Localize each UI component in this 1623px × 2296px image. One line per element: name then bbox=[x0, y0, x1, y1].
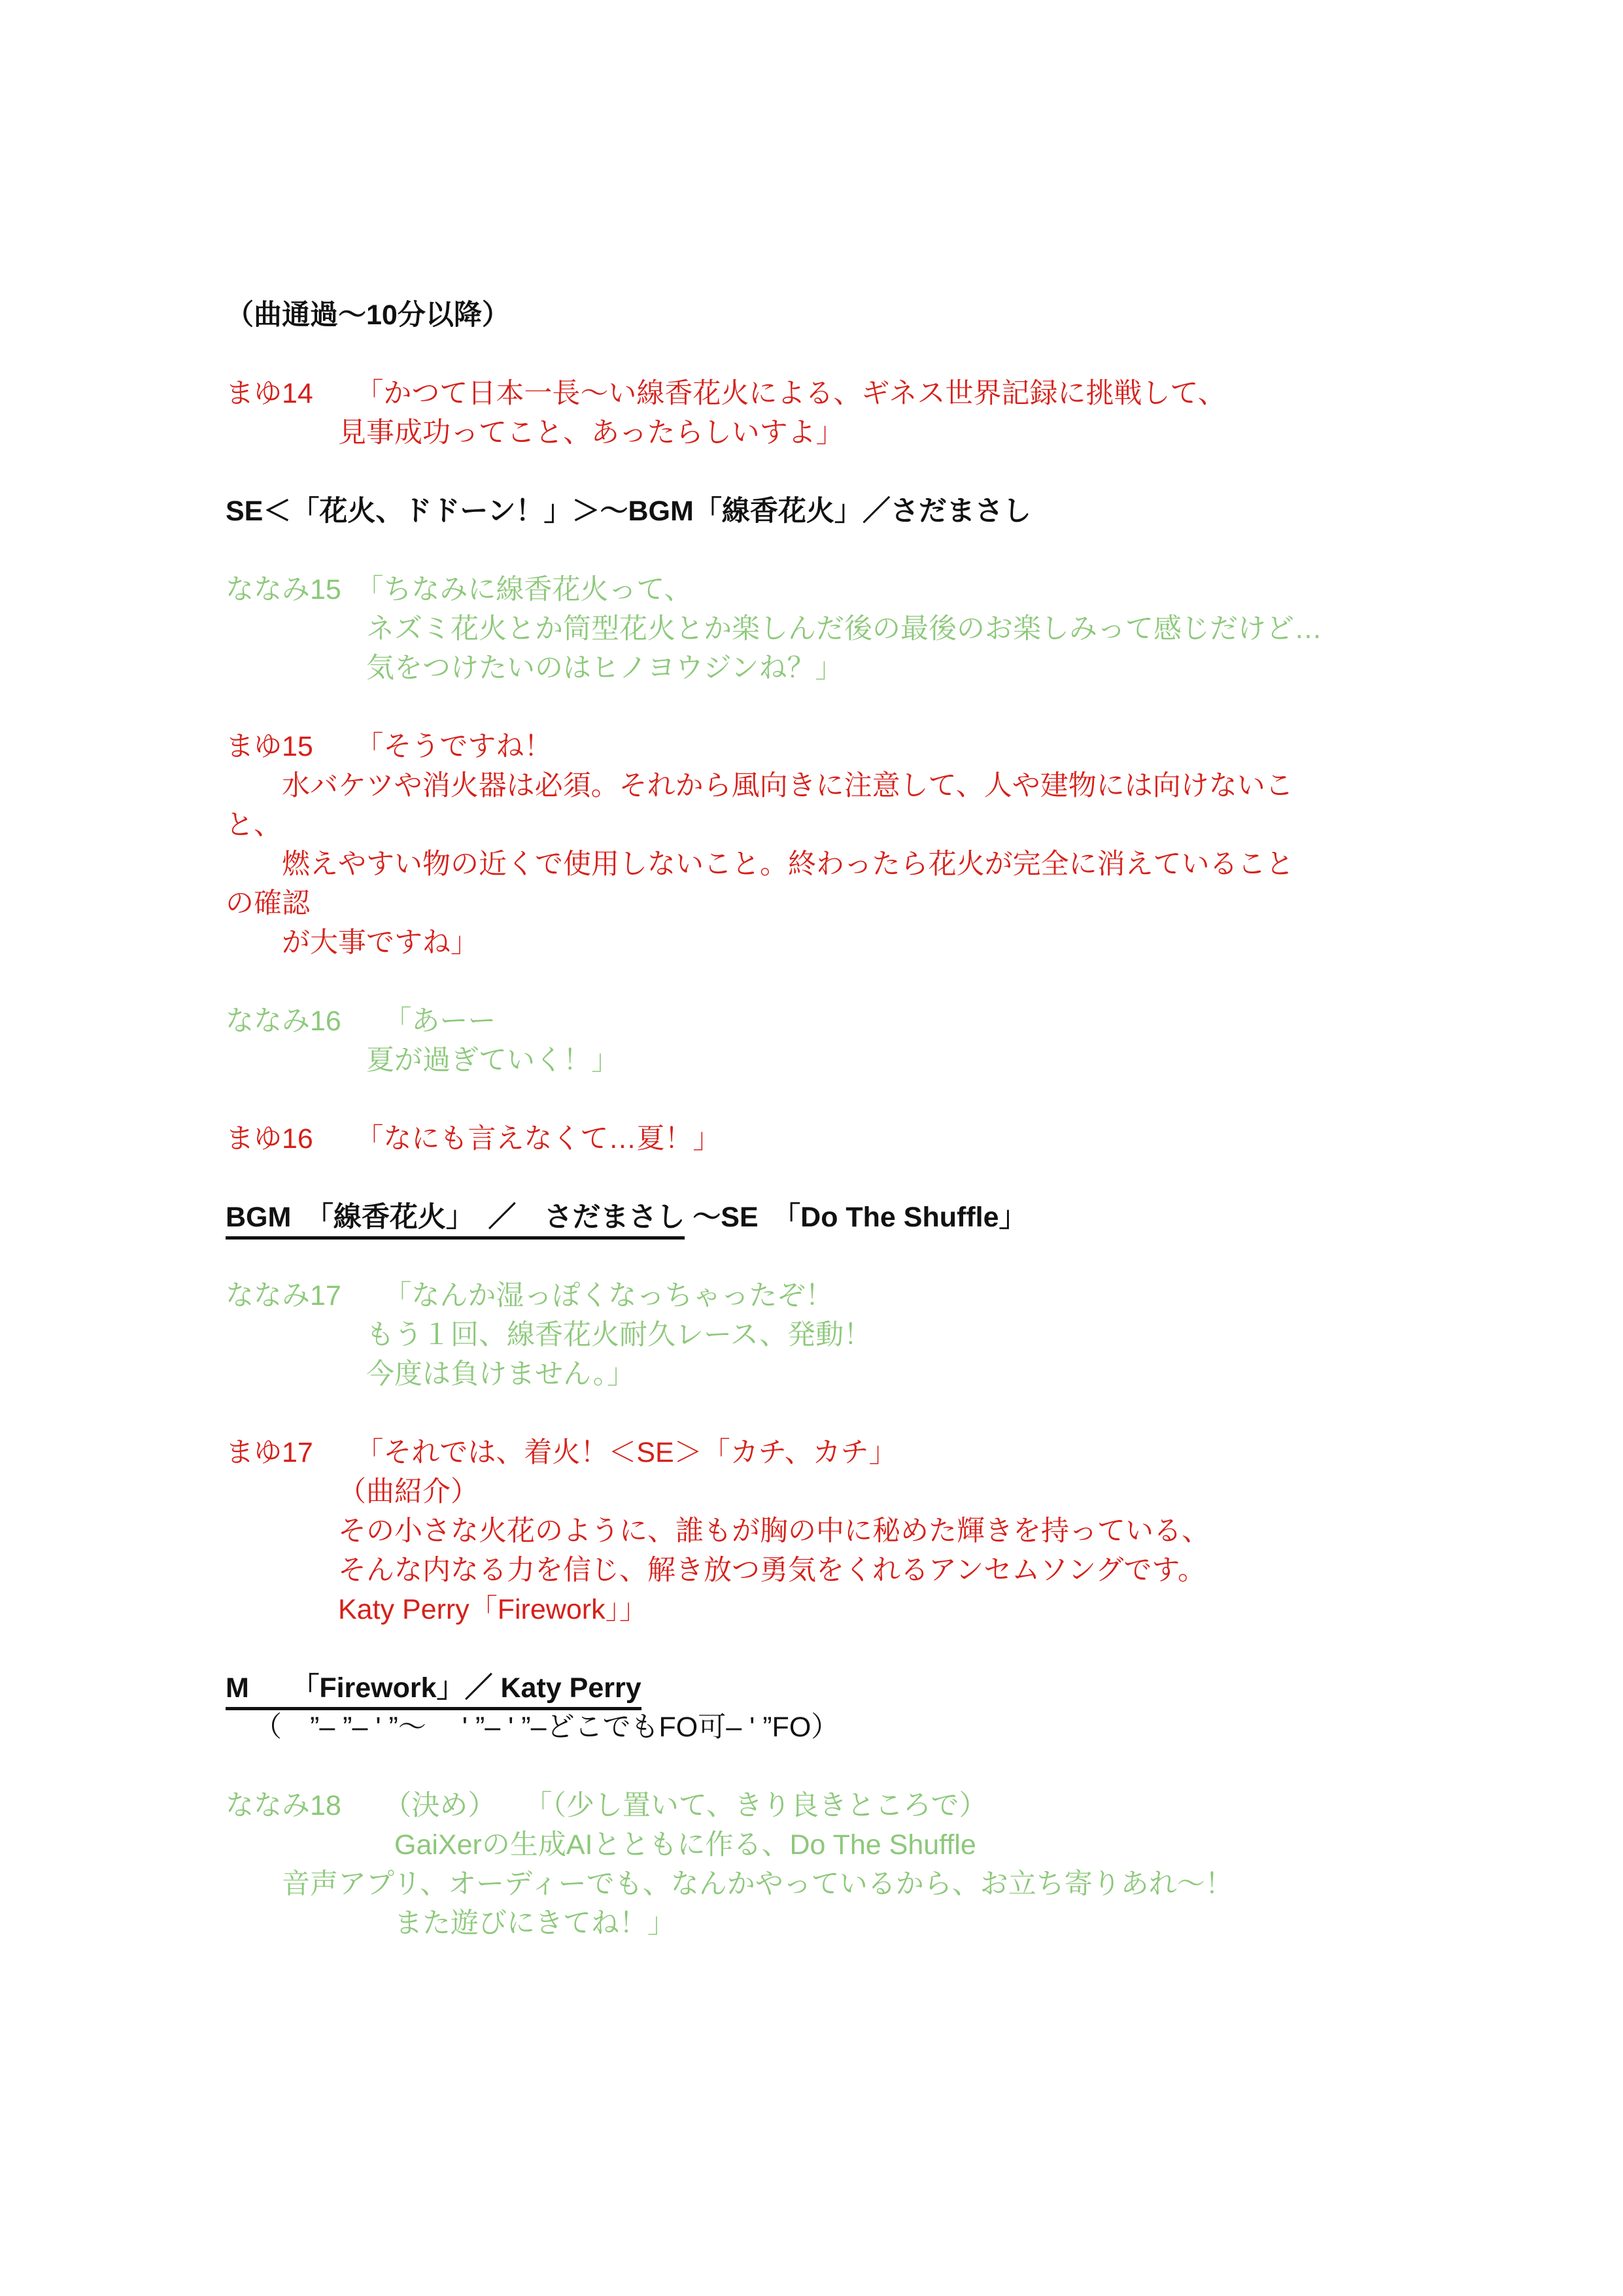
text-run: また遊びにきてね！」 bbox=[394, 1908, 675, 1939]
script-line: 音声アプリ、オーディーでも、なんかやっているから、お立ち寄りあれ〜！ bbox=[282, 1865, 1597, 1904]
script-line: ななみ15 「ちなみに線香花火って、 bbox=[226, 570, 1597, 609]
script-page: （曲通過〜10分以降）まゆ14 「かつて日本一長〜い線香花火による、ギネス世界記… bbox=[0, 0, 1623, 2296]
script-document: （曲通過〜10分以降）まゆ14 「かつて日本一長〜い線香花火による、ギネス世界記… bbox=[226, 295, 1597, 1943]
script-line: SE＜「花火、ドドーン！」＞〜BGM「線香花火」／さだまさし bbox=[226, 492, 1597, 531]
script-line: まゆ17 「それでは、着火！＜SE＞「カチ、カチ」 bbox=[226, 1433, 1597, 1472]
script-line: まゆ16 「なにも言えなくて…夏！」 bbox=[226, 1119, 1597, 1158]
text-run: （ ”– ”– ' ”〜 ' ”– ' ”–どこでもFO可– ' ”FO） bbox=[254, 1712, 839, 1743]
script-line: ななみ16 「あーー bbox=[226, 1002, 1597, 1041]
block-mayu-15: まゆ15 「そうですね！水バケツや消火器は必須。それから風向きに注意して、人や建… bbox=[226, 727, 1597, 962]
text-run: ネズミ花火とか筒型花火とか楽しんだ後の最後のお楽しみって感じだけど… bbox=[366, 613, 1322, 645]
script-line: その小さな火花のように、誰もが胸の中に秘めた輝きを持っている、 bbox=[338, 1511, 1597, 1551]
text-run: が大事ですね」 bbox=[282, 927, 479, 958]
block-nanami-15: ななみ15 「ちなみに線香花火って、ネズミ花火とか筒型花火とか楽しんだ後の最後の… bbox=[226, 570, 1597, 688]
text-run: 燃えやすい物の近くで使用しないこと。終わったら花火が完全に消えていること bbox=[282, 849, 1294, 880]
text-run: と、 bbox=[226, 809, 282, 841]
script-line: もう１回、線香花火耐久レース、発動！ bbox=[366, 1315, 1597, 1355]
text-run: ななみ16 「あーー bbox=[226, 1005, 496, 1037]
block-nanami-16: ななみ16 「あーー夏が過ぎていく！」 bbox=[226, 1002, 1597, 1080]
text-run: Katy Perry「Firework」」 bbox=[338, 1594, 647, 1625]
script-line: 夏が過ぎていく！」 bbox=[366, 1041, 1597, 1080]
script-line: まゆ15 「そうですね！ bbox=[226, 727, 1597, 766]
text-run: 夏が過ぎていく！」 bbox=[366, 1045, 619, 1076]
script-line: と、 bbox=[226, 805, 1597, 845]
text-run: ななみ15 「ちなみに線香花火って、 bbox=[226, 574, 692, 605]
text-run: 気をつけたいのはヒノヨウジンね？」 bbox=[366, 652, 844, 684]
text-run: ななみ18 （決め） 「（少し置いて、きり良きところで） bbox=[226, 1790, 987, 1821]
script-line: （曲通過〜10分以降） bbox=[226, 295, 1597, 335]
text-run: （曲紹介） bbox=[338, 1476, 479, 1508]
script-line: 見事成功ってこと、あったらしいすよ」 bbox=[338, 413, 1597, 452]
script-line: ななみ17 「なんか湿っぽくなっちゃったぞ！ bbox=[226, 1276, 1597, 1315]
script-line: BGM 「線香花火」 ／ さだまさし 〜SE 「Do The Shuffle」 bbox=[226, 1198, 1597, 1237]
block-music-cue: M 「Firework」／ Katy Perry（ ”– ”– ' ”〜 ' ”… bbox=[226, 1668, 1597, 1747]
text-run: （曲通過〜10分以降） bbox=[226, 299, 510, 331]
block-nanami-17: ななみ17 「なんか湿っぽくなっちゃったぞ！もう１回、線香花火耐久レース、発動！… bbox=[226, 1276, 1597, 1394]
text-run: まゆ14 「かつて日本一長〜い線香花火による、ギネス世界記録に挑戦して、 bbox=[226, 378, 1226, 409]
text-run: まゆ16 「なにも言えなくて…夏！」 bbox=[226, 1123, 721, 1155]
script-line: M 「Firework」／ Katy Perry bbox=[226, 1668, 1597, 1708]
script-line: ネズミ花火とか筒型花火とか楽しんだ後の最後のお楽しみって感じだけど… bbox=[366, 609, 1597, 649]
text-run: 〜SE 「Do The Shuffle」 bbox=[685, 1202, 1027, 1233]
script-line: Katy Perry「Firework」」 bbox=[338, 1590, 1597, 1629]
block-mayu-17: まゆ17 「それでは、着火！＜SE＞「カチ、カチ」（曲紹介）その小さな火花のよう… bbox=[226, 1433, 1597, 1629]
text-run: まゆ17 「それでは、着火！＜SE＞「カチ、カチ」 bbox=[226, 1437, 897, 1468]
script-line: （ ”– ”– ' ”〜 ' ”– ' ”–どこでもFO可– ' ”FO） bbox=[254, 1708, 1597, 1747]
text-run: その小さな火花のように、誰もが胸の中に秘めた輝きを持っている、 bbox=[338, 1515, 1210, 1547]
script-line: （曲紹介） bbox=[338, 1472, 1597, 1511]
text-run: ななみ17 「なんか湿っぽくなっちゃったぞ！ bbox=[226, 1280, 833, 1311]
text-run: SE＜「花火、ドドーン！」＞〜BGM「線香花火」／さだまさし bbox=[226, 496, 1031, 527]
script-line: 燃えやすい物の近くで使用しないこと。終わったら花火が完全に消えていること bbox=[282, 845, 1597, 884]
script-line: また遊びにきてね！」 bbox=[394, 1904, 1597, 1943]
block-mayu-14: まゆ14 「かつて日本一長〜い線香花火による、ギネス世界記録に挑戦して、見事成功… bbox=[226, 374, 1597, 452]
underlined-text: BGM 「線香花火」 ／ さだまさし bbox=[226, 1202, 685, 1240]
block-nanami-18: ななみ18 （決め） 「（少し置いて、きり良きところで）GaiXerの生成AIと… bbox=[226, 1786, 1597, 1943]
text-run: 見事成功ってこと、あったらしいすよ」 bbox=[338, 417, 844, 448]
script-line: 今度は負けません。」 bbox=[366, 1355, 1597, 1394]
text-run: の確認 bbox=[226, 888, 310, 919]
text-run: 音声アプリ、オーディーでも、なんかやっているから、お立ち寄りあれ〜！ bbox=[282, 1868, 1233, 1900]
script-line: 気をつけたいのはヒノヨウジンね？」 bbox=[366, 649, 1597, 688]
script-line: 水バケツや消火器は必須。それから風向きに注意して、人や建物には向けないこ bbox=[282, 766, 1597, 805]
block-mayu-16: まゆ16 「なにも言えなくて…夏！」 bbox=[226, 1119, 1597, 1158]
underlined-text: M 「Firework」／ Katy Perry bbox=[226, 1672, 641, 1710]
script-line: GaiXerの生成AIとともに作る、Do The Shuffle bbox=[394, 1825, 1597, 1865]
text-run: もう１回、線香花火耐久レース、発動！ bbox=[366, 1319, 872, 1351]
text-run: そんな内なる力を信じ、解き放つ勇気をくれるアンセムソングです。 bbox=[338, 1555, 1206, 1586]
script-line: が大事ですね」 bbox=[282, 923, 1597, 962]
text-run: まゆ15 「そうですね！ bbox=[226, 731, 552, 762]
text-run: 水バケツや消火器は必須。それから風向きに注意して、人や建物には向けないこ bbox=[282, 770, 1293, 802]
block-bgm-cue: BGM 「線香花火」 ／ さだまさし 〜SE 「Do The Shuffle」 bbox=[226, 1198, 1597, 1237]
block-se-cue: SE＜「花火、ドドーン！」＞〜BGM「線香花火」／さだまさし bbox=[226, 492, 1597, 531]
script-line: まゆ14 「かつて日本一長〜い線香花火による、ギネス世界記録に挑戦して、 bbox=[226, 374, 1597, 413]
block-header: （曲通過〜10分以降） bbox=[226, 295, 1597, 335]
text-run: 今度は負けません。」 bbox=[366, 1359, 635, 1390]
text-run: GaiXerの生成AIとともに作る、Do The Shuffle bbox=[394, 1829, 976, 1861]
script-line: そんな内なる力を信じ、解き放つ勇気をくれるアンセムソングです。 bbox=[338, 1551, 1597, 1590]
script-line: ななみ18 （決め） 「（少し置いて、きり良きところで） bbox=[226, 1786, 1597, 1825]
script-line: の確認 bbox=[226, 884, 1597, 923]
